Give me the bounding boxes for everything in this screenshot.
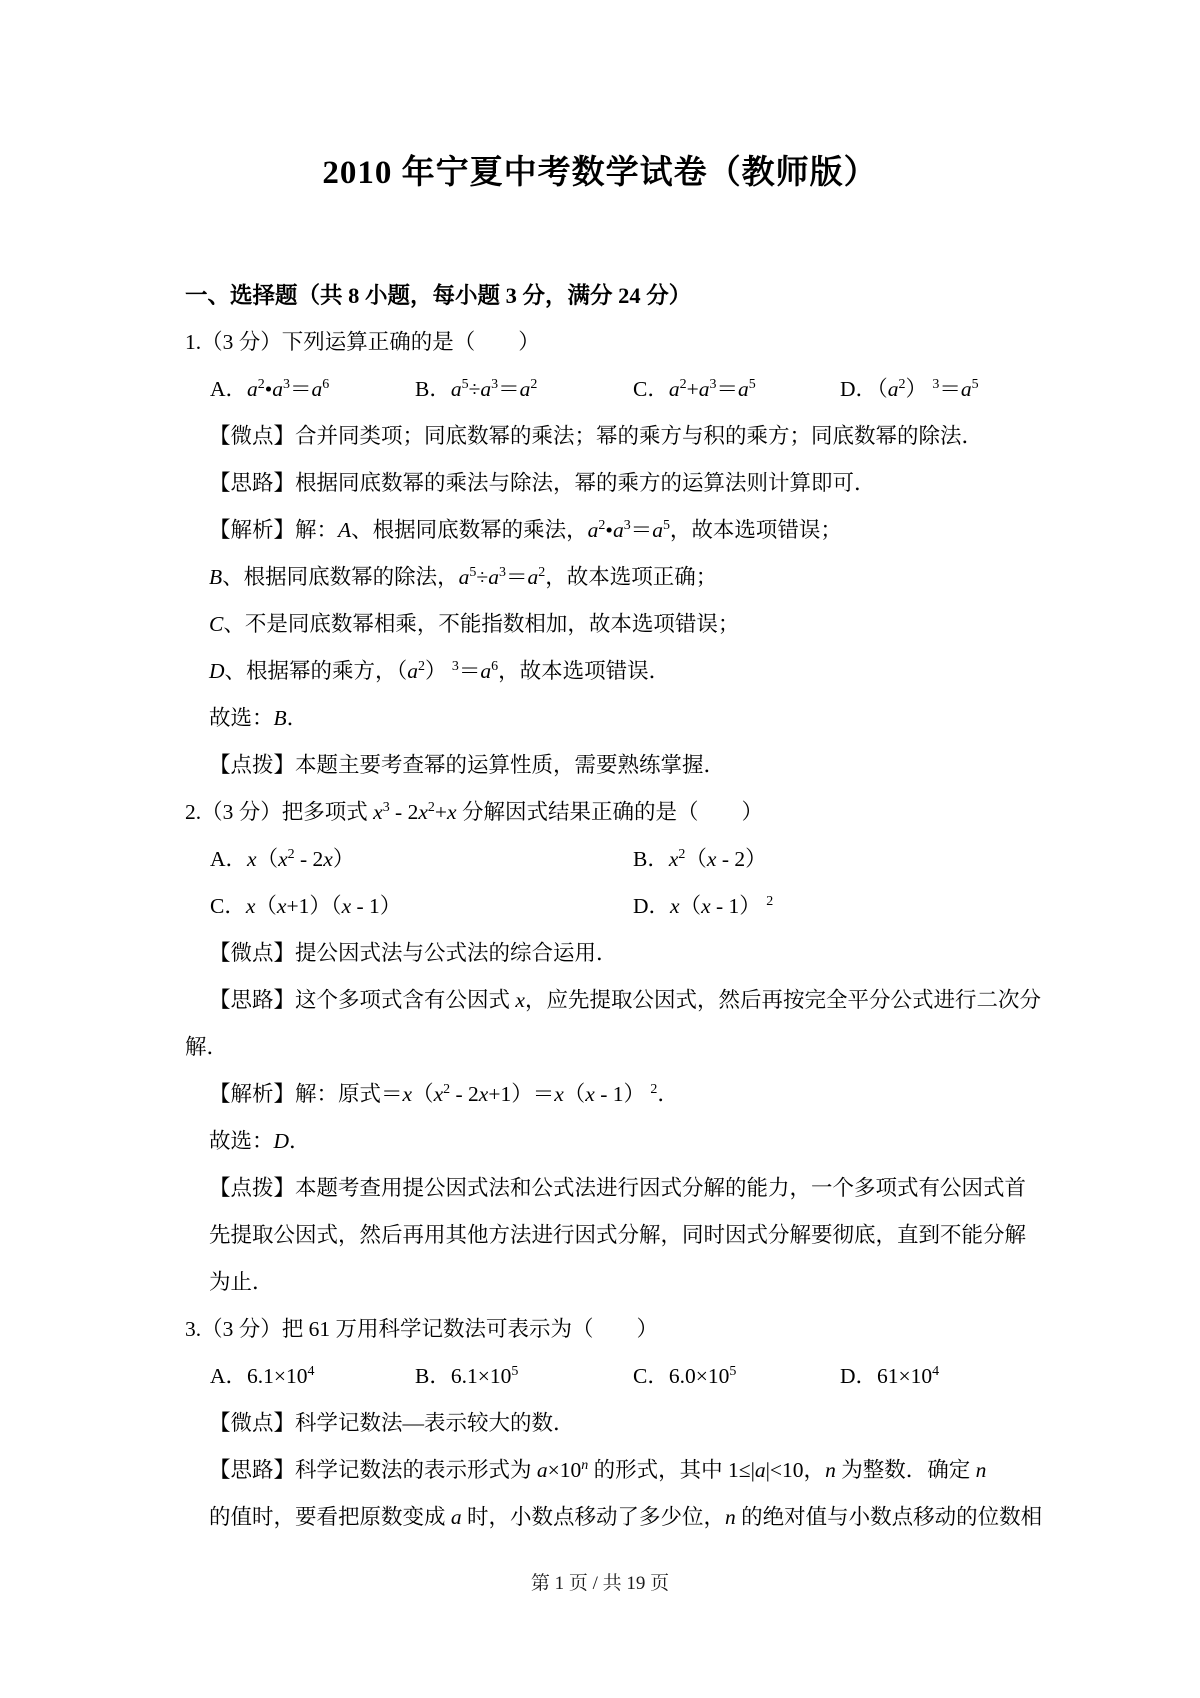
question-2: 2.（3 分）把多项式 x3 - 2x2+x 分解因式结果正确的是（ ） A．x… <box>0 789 1200 1306</box>
explanation-line: 故选：B． <box>0 695 1200 742</box>
explanation-line: 【解析】解：原式＝x（x2 - 2x+1）＝x（x - 1） 2． <box>0 1071 1200 1118</box>
question-2-option-c: C．x（x+1）（x - 1） <box>210 883 401 930</box>
explanation-line: 【解析】解：A、根据同底数幂的乘法，a2•a3＝a5，故本选项错误； <box>0 507 1200 554</box>
explanation-line: B、根据同底数幂的除法，a5÷a3＝a2，故本选项正确； <box>0 554 1200 601</box>
explanation-line: C、不是同底数幂相乘，不能指数相加，故本选项错误； <box>0 601 1200 648</box>
section-heading: 一、选择题（共 8 小题，每小题 3 分，满分 24 分） <box>0 272 1200 319</box>
question-1-option-c: C．a2+a3＝a5 <box>633 366 756 413</box>
explanation-line: 的值时，要看把原数变成 a 时，小数点移动了多少位，n 的绝对值与小数点移动的位… <box>0 1494 1200 1541</box>
exam-document-page: 2010 年宁夏中考数学试卷（教师版） 一、选择题（共 8 小题，每小题 3 分… <box>0 0 1200 1698</box>
question-2-options-row-1: A．x（x2 - 2x） B．x2（x - 2） <box>0 836 1200 883</box>
question-1-option-a: A．a2•a3＝a6 <box>210 366 329 413</box>
question-1: 1.（3 分）下列运算正确的是（ ） A．a2•a3＝a6 B．a5÷a3＝a2… <box>0 319 1200 789</box>
question-3-option-a: A．6.1×104 <box>210 1353 315 1400</box>
explanation-line: 【微点】提公因式法与公式法的综合运用． <box>0 930 1200 977</box>
page-footer: 第 1 页 / 共 19 页 <box>0 1571 1200 1597</box>
explanation-line: 先提取公因式，然后再用其他方法进行因式分解，同时因式分解要彻底，直到不能分解 <box>0 1212 1200 1259</box>
question-2-option-b: B．x2（x - 2） <box>633 836 767 883</box>
question-3-option-d: D．61×104 <box>840 1353 939 1400</box>
question-2-option-d: D．x（x - 1） 2 <box>633 883 773 930</box>
question-2-options-row-2: C．x（x+1）（x - 1） D．x（x - 1） 2 <box>0 883 1200 930</box>
page-content: 一、选择题（共 8 小题，每小题 3 分，满分 24 分） 1.（3 分）下列运… <box>0 272 1200 1541</box>
question-3-options-row: A．6.1×104 B．6.1×105 C．6.0×105 D．61×104 <box>0 1353 1200 1400</box>
explanation-line: 【微点】合并同类项；同底数幂的乘法；幂的乘方与积的乘方；同底数幂的除法． <box>0 413 1200 460</box>
question-1-option-b: B．a5÷a3＝a2 <box>415 366 537 413</box>
page-title: 2010 年宁夏中考数学试卷（教师版） <box>0 153 1200 193</box>
question-3-stem: 3.（3 分）把 61 万用科学记数法可表示为（ ） <box>0 1306 1200 1353</box>
explanation-line: 故选：D． <box>0 1118 1200 1165</box>
explanation-line: 【微点】科学记数法—表示较大的数． <box>0 1400 1200 1447</box>
question-2-option-a: A．x（x2 - 2x） <box>210 836 354 883</box>
explanation-line: 【思路】科学记数法的表示形式为 a×10n 的形式，其中 1≤|a|<10，n … <box>0 1447 1200 1494</box>
explanation-line: 【点拨】本题主要考查幂的运算性质，需要熟练掌握． <box>0 742 1200 789</box>
explanation-line: D、根据幂的乘方，（a2） 3＝a6，故本选项错误． <box>0 648 1200 695</box>
explanation-line: 为止． <box>0 1259 1200 1306</box>
explanation-line: 【思路】这个多项式含有公因式 x，应先提取公因式，然后再按完全平分公式进行二次分 <box>0 977 1200 1024</box>
question-3-option-b: B．6.1×105 <box>415 1353 518 1400</box>
question-1-option-d: D．（a2） 3＝a5 <box>840 366 979 413</box>
explanation-line: 解． <box>0 1024 1200 1071</box>
explanation-line: 【点拨】本题考查用提公因式法和公式法进行因式分解的能力，一个多项式有公因式首 <box>0 1165 1200 1212</box>
question-2-stem: 2.（3 分）把多项式 x3 - 2x2+x 分解因式结果正确的是（ ） <box>0 789 1200 836</box>
question-3: 3.（3 分）把 61 万用科学记数法可表示为（ ） A．6.1×104 B．6… <box>0 1306 1200 1541</box>
explanation-line: 【思路】根据同底数幂的乘法与除法，幂的乘方的运算法则计算即可． <box>0 460 1200 507</box>
question-1-stem: 1.（3 分）下列运算正确的是（ ） <box>0 319 1200 366</box>
question-3-option-c: C．6.0×105 <box>633 1353 736 1400</box>
question-1-options-row: A．a2•a3＝a6 B．a5÷a3＝a2 C．a2+a3＝a5 D．（a2） … <box>0 366 1200 413</box>
